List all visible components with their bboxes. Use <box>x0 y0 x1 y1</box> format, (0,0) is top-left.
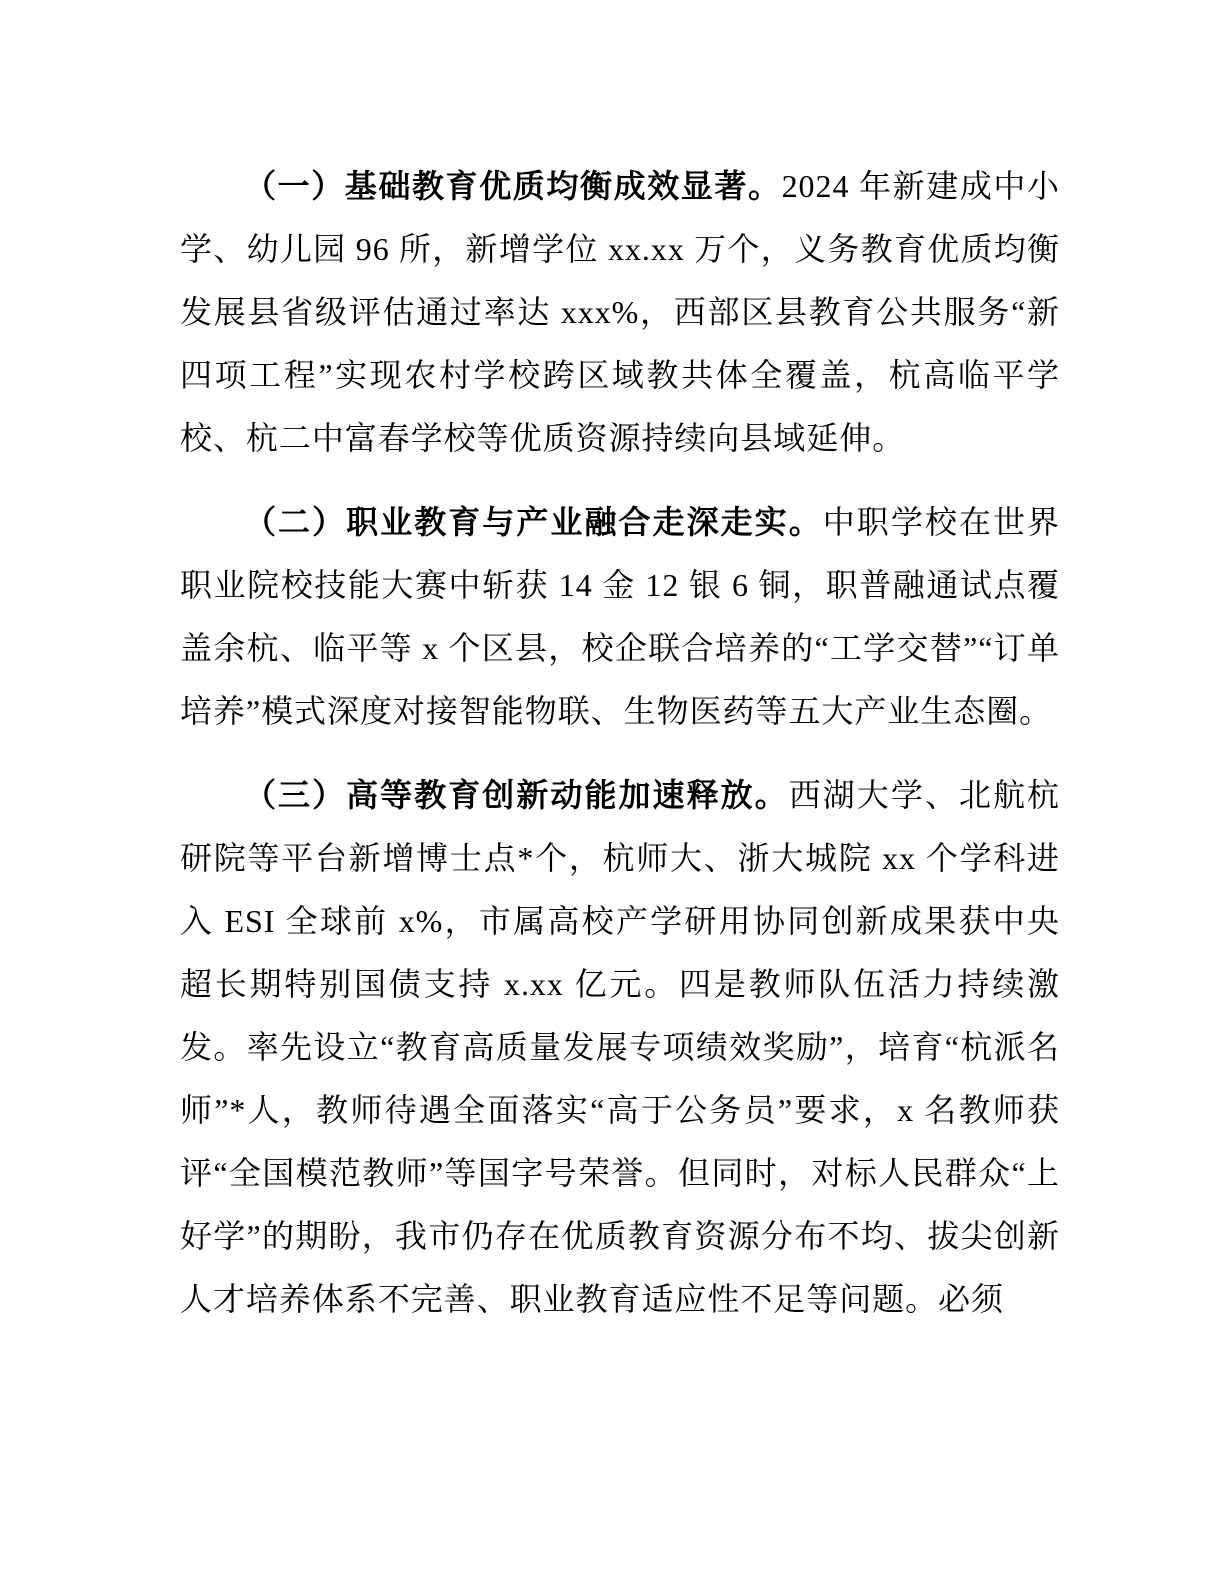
paragraph-1-heading: （一）基础教育优质均衡成效显著。 <box>244 168 782 204</box>
paragraph-1-body: 2024 年新建成中小学、幼儿园 96 所，新增学位 xx.xx 万个，义务教育… <box>180 168 1060 456</box>
paragraph-1: （一）基础教育优质均衡成效显著。2024 年新建成中小学、幼儿园 96 所，新增… <box>180 155 1060 470</box>
paragraph-3-heading: （三）高等教育创新动能加速释放。 <box>244 777 789 813</box>
paragraph-3-body: 西湖大学、北航杭研院等平台新增博士点*个，杭师大、浙大城院 xx 个学科进入 E… <box>180 777 1060 1317</box>
paragraph-2-heading: （二）职业教育与产业融合走深走实。 <box>244 504 823 540</box>
document-page: （一）基础教育优质均衡成效显著。2024 年新建成中小学、幼儿园 96 所，新增… <box>0 0 1224 1584</box>
document-text-block: （一）基础教育优质均衡成效显著。2024 年新建成中小学、幼儿园 96 所，新增… <box>180 155 1060 1352</box>
paragraph-2: （二）职业教育与产业融合走深走实。中职学校在世界职业院校技能大赛中斩获 14 金… <box>180 491 1060 743</box>
paragraph-3: （三）高等教育创新动能加速释放。西湖大学、北航杭研院等平台新增博士点*个，杭师大… <box>180 764 1060 1331</box>
